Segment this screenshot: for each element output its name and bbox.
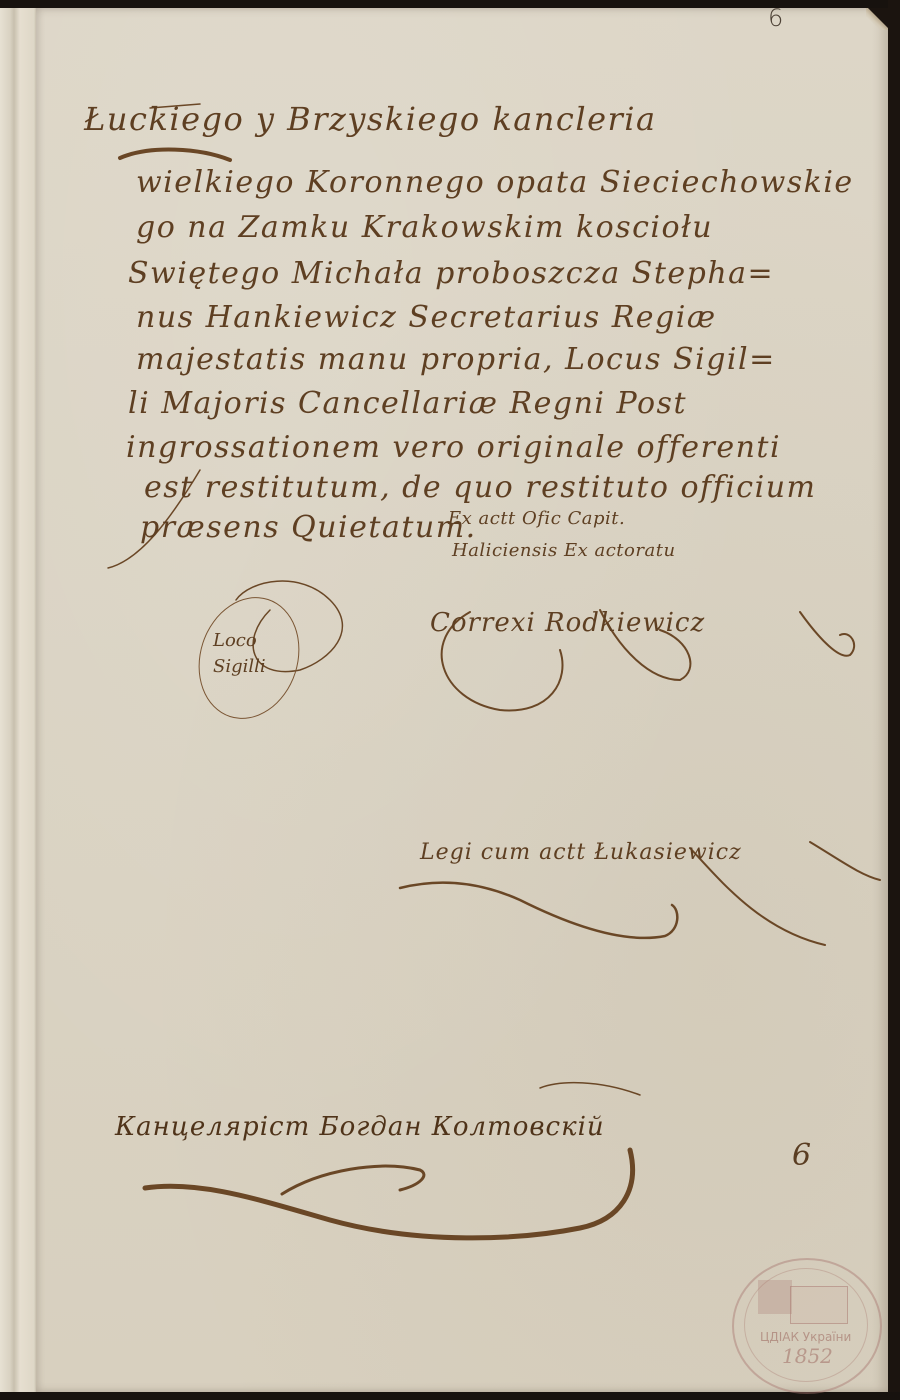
scan-frame-right — [888, 0, 900, 1400]
binding-strip — [0, 8, 36, 1392]
body-line-4: Swiętego Michała proboszcza Stepha= — [128, 256, 774, 291]
body-line-10: præsens Quietatum. — [140, 510, 477, 545]
printing-press-icon — [758, 1280, 792, 1314]
annotation-line-1: Ex actt Ofic Capit. — [448, 508, 625, 529]
page-number: 6 — [768, 4, 783, 32]
annotation-line-2: Haliciensis Ex actoratu — [452, 540, 676, 561]
stamp-year: 1852 — [782, 1344, 833, 1368]
seal-text: Loco Sigilli — [213, 628, 266, 680]
body-line-8: ingrossationem vero originale offerenti — [126, 430, 781, 465]
legi-signature: Legi cum actt Łukasiewicz — [420, 840, 742, 865]
body-line-3: go na Zamku Krakowskim kosciołu — [136, 210, 713, 245]
torn-corner — [866, 8, 888, 30]
body-line-2: wielkiego Koronnego opata Sieciechowskie — [136, 165, 854, 200]
correxi-signature: Correxi Rodkiewicz — [430, 608, 705, 638]
body-line-5: nus Hankiewicz Secretarius Regiæ — [136, 300, 717, 335]
cyrillic-signature-number: 6 — [792, 1138, 811, 1173]
body-line-1: Łuckiego y Brzyskiego kancleria — [84, 100, 657, 138]
body-line-9: est restitutum, de quo restituto officiu… — [144, 470, 816, 505]
cyrillic-signature: Канцеляріст Богдан Колтовскій — [115, 1112, 605, 1142]
body-line-6: majestatis manu propria, Locus Sigil= — [136, 342, 776, 377]
scan-frame-bottom — [0, 1392, 900, 1400]
body-line-7: li Majoris Cancellariæ Regni Post — [128, 386, 687, 421]
open-book-icon — [790, 1286, 848, 1324]
stamp-label: ЦДІАК України — [760, 1330, 851, 1344]
scan-frame-top — [0, 0, 900, 8]
